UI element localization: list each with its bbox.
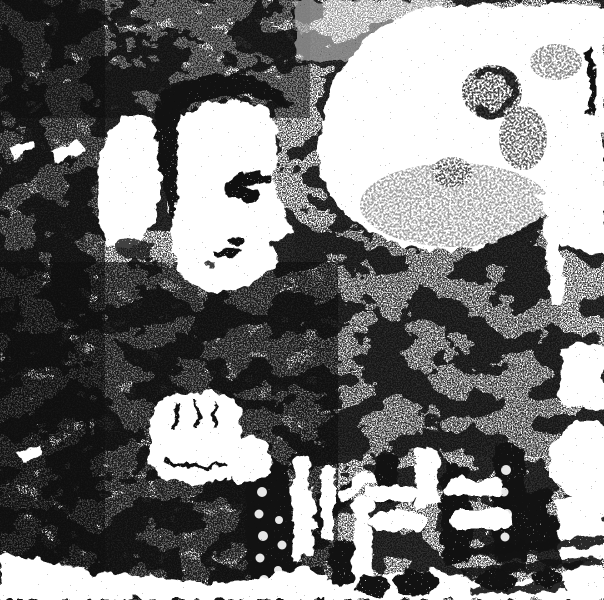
global-grain	[0, 0, 604, 600]
halftone-photo: Grainy black-and-white halftone photogra…	[0, 0, 604, 600]
photo-canvas	[0, 0, 604, 600]
